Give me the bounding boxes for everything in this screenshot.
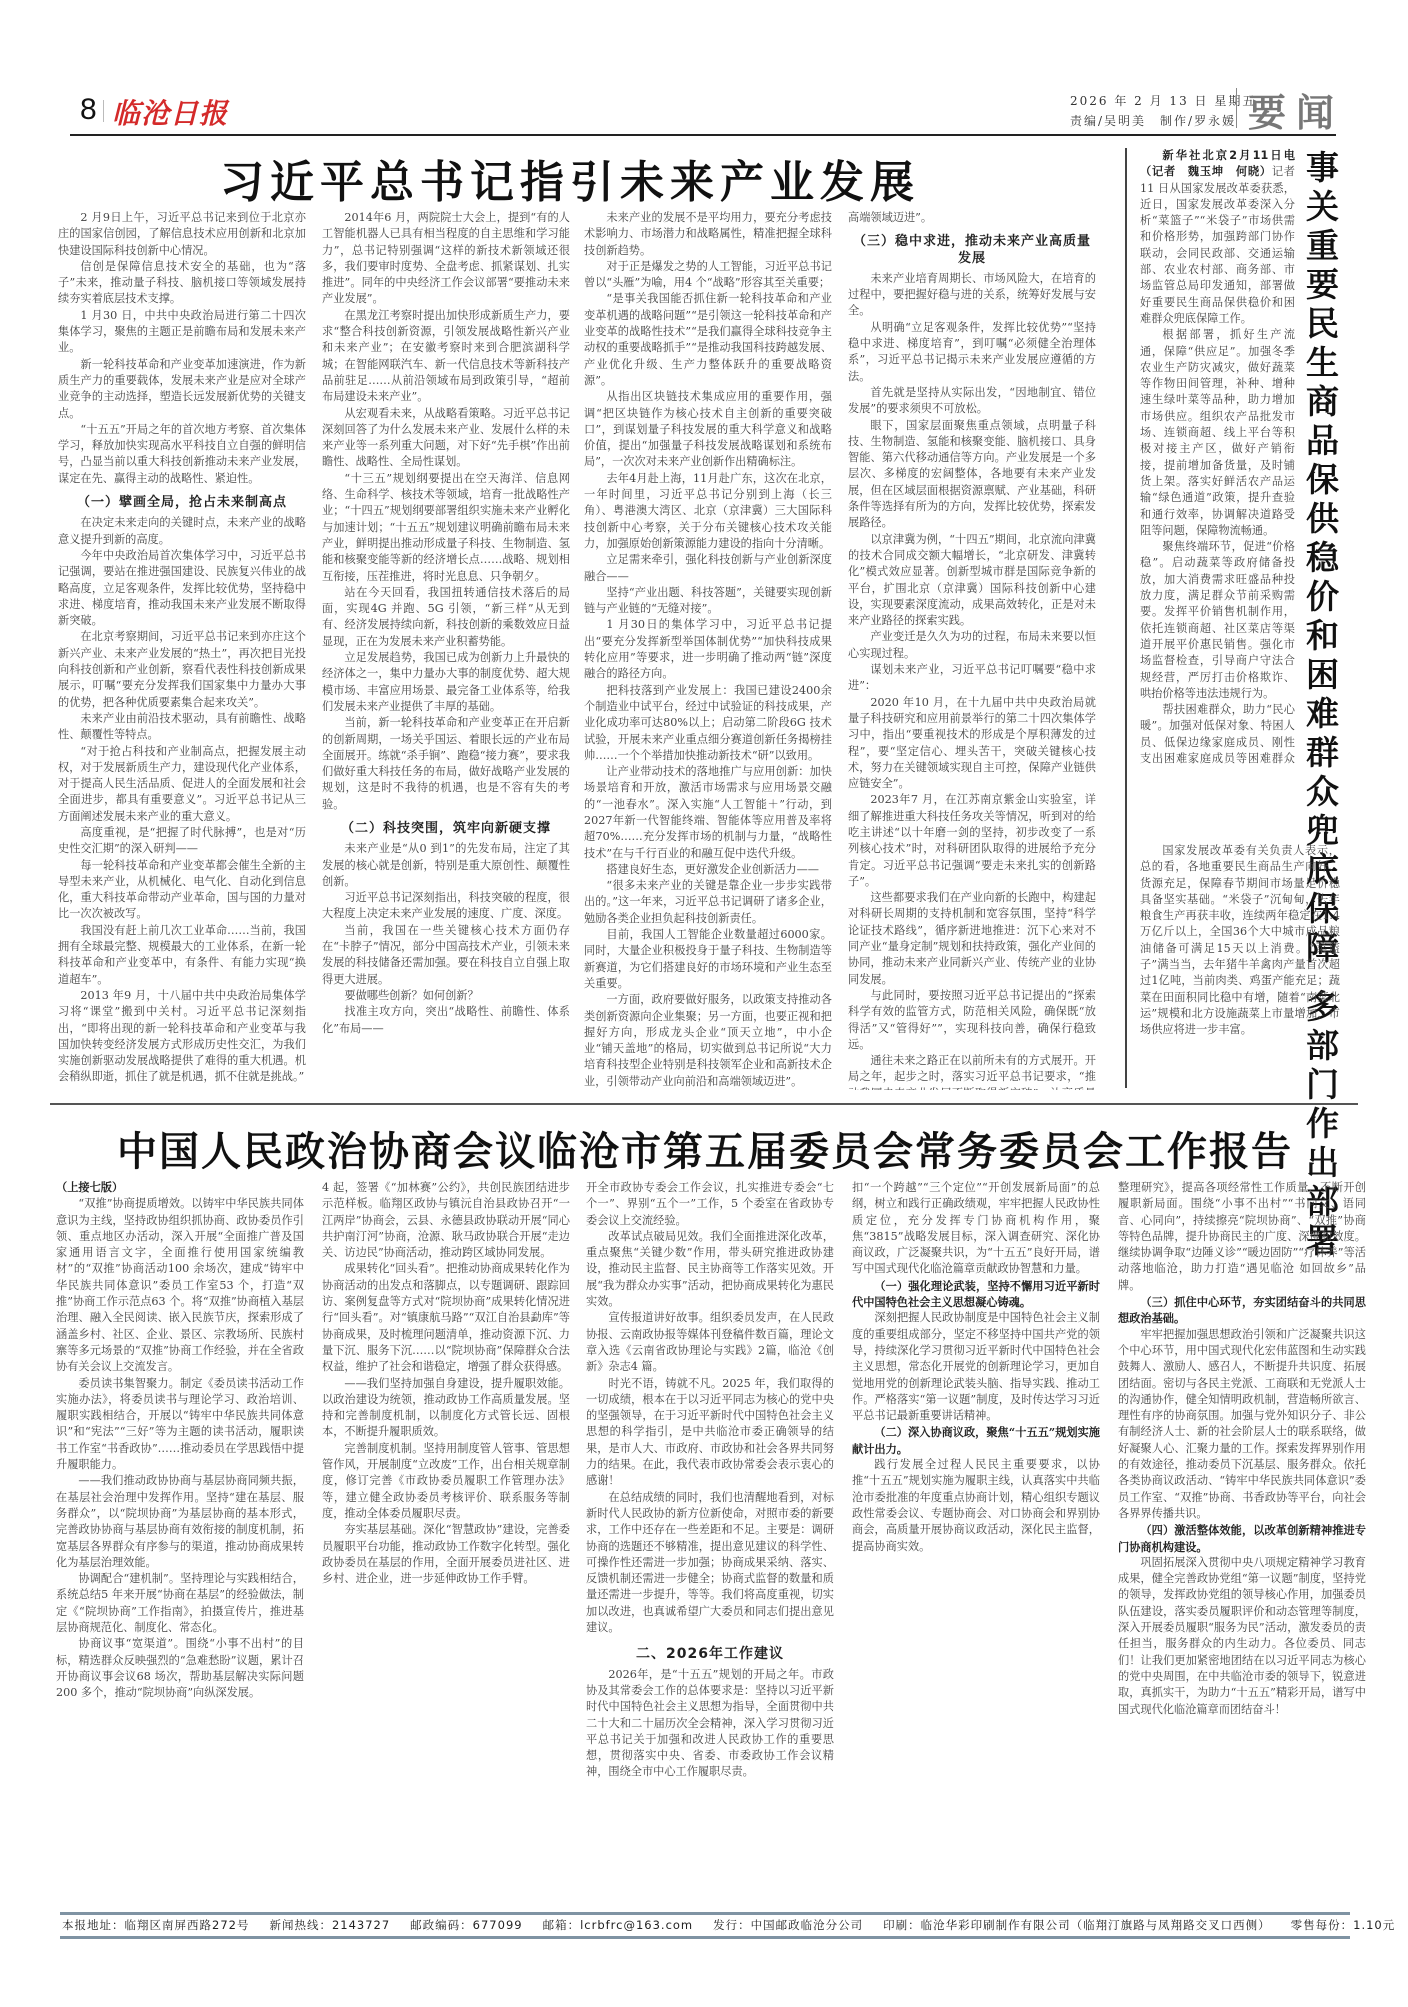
article2-column-3: 开全市政协专委会工作会议，扎实推进专委会“七个一”、界别“五个一”工作，5 个委… xyxy=(586,1180,834,1900)
paragraph: 把科技落到产业发展上：我国已建设2400余个制造业中试平台，经过中试验证的科技成… xyxy=(584,683,832,764)
paragraph: 2023年7 月，在江苏南京紫金山实验室，详细了解推进重大科技任务攻关等情况，听… xyxy=(848,792,1096,890)
paragraph: 一方面，政府要做好服务，以政策支持推动各类创新资源向企业集聚；另一方面，也要正视… xyxy=(584,992,832,1090)
paragraph: 未来产业由前沿技术驱动，具有前瞻性、战略性、颠覆性等特点。 xyxy=(58,711,306,744)
paragraph: 2 月9日上午，习近平总书记来到位于北京亦庄的国家信创园，了解信息技术应用创新和… xyxy=(58,210,306,259)
paragraph: 未来产业是“从0 到1”的先发布局，注定了其发展的核心就是创新，特别是重大原创性… xyxy=(322,841,570,890)
paragraph: 高端领域迈进”。 xyxy=(848,210,1096,226)
headline-char: 众 xyxy=(1300,772,1345,811)
paragraph: 从明确“立足客观条件，发挥比较优势”“坚持稳中求进、梯度培育”，到叮嘱“必须健全… xyxy=(848,320,1096,385)
paragraph: 我国没有赶上前几次工业革命……当前，我国拥有全球最完整、规模最大的工业体系，在新… xyxy=(58,923,306,988)
subheading: （一）擘画全局，抢占未来制高点 xyxy=(58,495,306,511)
paragraph: 在总结成绩的同时，我们也清醒地看到，对标新时代人民政协的新方位新使命，对照市委的… xyxy=(586,1490,834,1637)
paragraph: 从宏观看未来，从战略看策略。习近平总书记深刻回答了为什么发展未来产业、发展什么样… xyxy=(322,406,570,471)
paragraph: 当前，我国在一些关键核心技术方面仍存在“卡脖子”情况，部分中国高技术产业，引领未… xyxy=(322,923,570,988)
article1-headline: 习近平总书记指引未来产业发展 xyxy=(210,146,930,210)
paragraph: 聚焦终端环节，促进“价格稳”。启动蔬菜等政府储备投放，加大消费需求旺盛品种投放力… xyxy=(1140,539,1295,702)
paragraph: 搭建良好生态，更好激发企业创新活力—— xyxy=(584,862,832,878)
paragraph: 深刻把握人民政协制度是中国特色社会主义制度的重要组成部分，坚定不移坚持中国共产党… xyxy=(852,1310,1100,1424)
paragraph: 找准主攻方向，突出“战略性、前瞻性、体系化”布局—— xyxy=(322,1004,570,1037)
paragraph: “双推”协商提质增效。以铸牢中华民族共同体意识为主线，坚持政协组织抓协商、政协委… xyxy=(56,1196,304,1375)
sidebar-vertical-headline: 事关重要民生商品保供稳价和困难群众兜底保障 多部门作出部署 xyxy=(1300,148,1345,1260)
footer-rule-bottom xyxy=(60,1936,1350,1939)
paragraph: 1 月30 日，中共中央政治局进行第二十四次集体学习，聚焦的主题正是前瞻布局和发… xyxy=(58,308,306,357)
masthead-divider xyxy=(103,100,104,122)
headline-char: 稳 xyxy=(1300,538,1345,577)
paragraph: 新华社北京2月11日电（记者 魏玉坤 何晓）记者11 日从国家发展改革委获悉，近… xyxy=(1140,148,1295,327)
paragraph: 今年中央政治局首次集体学习中，习近平总书记强调，要站在推进强国建设、民族复兴伟业… xyxy=(58,548,306,629)
paragraph: 协商议事“宽渠道”。围绕“小事不出村”的目标，精选群众反映强烈的“急难愁盼”议题… xyxy=(56,1636,304,1701)
headline-char: 困 xyxy=(1300,655,1345,694)
headline-char: 重 xyxy=(1300,226,1345,265)
masthead-rule xyxy=(70,134,1336,136)
article1-column-3: 未来产业的发展不是平均用力，要充分考虑技术影响力、市场潜力和战略属性，精准把握全… xyxy=(584,210,832,1090)
paragraph: 谋划未来产业，习近平总书记叮嘱要“稳中求进”： xyxy=(848,662,1096,695)
paragraph: 开全市政协专委会工作会议，扎实推进专委会“七个一”、界别“五个一”工作，5 个委… xyxy=(586,1180,834,1229)
headline-char: 民 xyxy=(1300,304,1345,343)
paragraph: 要做哪些创新？如何创新？ xyxy=(322,988,570,1004)
headline-char: 门 xyxy=(1300,1065,1345,1104)
headline-char: 商 xyxy=(1300,382,1345,421)
paragraph: “十三五”规划纲要提出在空天海洋、信息网络、生命科学、核技术等领域，培育一批战略… xyxy=(322,471,570,585)
subheading: （二）深入协商议政，聚焦“十五五”规划实施献计出力。 xyxy=(852,1424,1100,1457)
article2-headline: 中国人民政治协商会议临沧市第五届委员会常务委员会工作报告 xyxy=(50,1120,1360,1177)
headline-char: 和 xyxy=(1300,616,1345,655)
headline-char: 难 xyxy=(1300,694,1345,733)
newspaper-page: 8 临沧日报 2026 年 2 月 13 日 星期五 责编/吴明美 制作/罗永媛… xyxy=(0,0,1408,2007)
paragraph: 每一轮科技革命和产业变革都会催生全新的主导型未来产业，从机械化、电气化、自动化到… xyxy=(58,858,306,923)
footer-printer: 印刷：临沧华彩印刷制作有限公司（临翔汀旗路与凤翔路交叉口西侧） xyxy=(883,1917,1271,1935)
paragraph: 4 起，签署《“加林赛”公约》，共创民族团结进步示范样板。临翔区政协与镇沅自治县… xyxy=(322,1180,570,1261)
column-divider xyxy=(1125,148,1127,1088)
footer-email: 邮箱：lcrbfrc@163.com xyxy=(543,1917,694,1935)
headline-char: 价 xyxy=(1300,577,1345,616)
editor-credit: 责编/吴明美 制作/罗永媛 xyxy=(1070,112,1236,129)
subheading: （三）抓住中心环节，夯实团结奋斗的共同思想政治基础。 xyxy=(1118,1294,1366,1327)
headline-char: 关 xyxy=(1300,187,1345,226)
headline-char: 群 xyxy=(1300,733,1345,772)
paragraph: 整理研究》，提高各项经常性工作质量，不断开创履职新局面。围绕“小事不出村”“书同… xyxy=(1118,1180,1366,1294)
paragraph: 时光不语，铸就不凡。2025 年，我们取得的一切成绩，根本在于以习近平同志为核心… xyxy=(586,1376,834,1490)
paragraph: 2020 年10 月，在十九届中共中央政治局就量子科技研究和应用前景举行的第二十… xyxy=(848,695,1096,793)
paragraph: 2026年，是“十五五”规划的开局之年。市政协及其常委会工作的总体要求是：坚持以… xyxy=(586,1667,834,1781)
paragraph: “是事关我国能否抓住新一轮科技革命和产业变革机遇的战略问题”“是引领这一轮科技革… xyxy=(584,291,832,389)
headline-char: 要 xyxy=(1300,265,1345,304)
paragraph: 在黑龙江考察时提出加快形成新质生产力，要求“整合科技创新资源，引领发展战略性新兴… xyxy=(322,308,570,406)
subheading: （三）稳中求进，推动未来产业高质量发展 xyxy=(848,234,1096,267)
sidebar-article-continued: 国家发展改革委有关负责人表示，总的看，各地重要民生商品生产向好、货源充足，保障春… xyxy=(1140,843,1340,1039)
article1-column-2: 2014年6 月，两院院士大会上，提到“有的人工智能机器人已具有相当程度的自主思… xyxy=(322,210,570,1090)
article1-column-1: 2 月9日上午，习近平总书记来到位于北京亦庄的国家信创园，了解信息技术应用创新和… xyxy=(58,210,306,1090)
paragraph: 改革试点破局见效。我们全面推进深化改革，重点聚焦“关键少数”作用，带头研究推进政… xyxy=(586,1229,834,1310)
paragraph: 信创是保障信息技术安全的基础，也为“落子”未来，推动量子科技、脑机接口等领域发展… xyxy=(58,259,306,308)
paragraph: 帮扶困难群众，助力“民心暖”。加强对低保对象、特困人员、低保边缘家庭成员、刚性支… xyxy=(1140,702,1295,767)
footer-rule-top xyxy=(60,1912,1350,1915)
subheading: 二、2026年工作建议 xyxy=(586,1646,834,1662)
masthead-vertical-divider xyxy=(1236,88,1237,128)
footer-address: 本报地址：临翔区南屏西路272号 xyxy=(62,1917,249,1935)
paragraph: 从指出区块链技术集成应用的重要作用，强调“把区块链作为核心技术自主创新的重要突破… xyxy=(584,389,832,470)
footer-info: 本报地址：临翔区南屏西路272号 新闻热线：2143727 邮政编码：67709… xyxy=(62,1917,1352,1935)
paragraph: 习近平总书记深刻指出，科技突破的程度，很大程度上决定未来产业发展的速度、广度、深… xyxy=(322,890,570,923)
headline-char: 供 xyxy=(1300,499,1345,538)
paragraph: 牢牢把握加强思想政治引领和广泛凝聚共识这个中心环节，用中国式现代化宏伟蓝图和生动… xyxy=(1118,1327,1366,1523)
paragraph: 站在今天回看，我国扭转通信技术落后的局面，实现4G 并跑、5G 引领，“新三样”… xyxy=(322,585,570,650)
footer-price: 零售每份：1.10元 xyxy=(1291,1917,1396,1935)
paragraph: 1 月30日的集体学习中，习近平总书记提出“要充分发挥新型举国体制优势”“加快科… xyxy=(584,617,832,682)
paragraph: 让产业带动技术的落地推广与应用创新：加快场景培育和开放，激活市场需求与应用场景交… xyxy=(584,764,832,862)
sidebar-article-body: 新华社北京2月11日电（记者 魏玉坤 何晓）记者11 日从国家发展改革委获悉，近… xyxy=(1140,148,1295,767)
paragraph: 这些都要求我们在产业向新的长跑中，构建起对科研长周期的支持机制和宽容氛围，坚持“… xyxy=(848,890,1096,988)
paragraph: 立足需来牵引，强化科技创新与产业创新深度融合—— xyxy=(584,552,832,585)
paragraph: 未来产业培育周期长、市场风险大，在培育的过程中，要把握好稳与进的关系，统筹好发展… xyxy=(848,271,1096,320)
paragraph: ——我们坚持加强自身建设，提升履职效能。以政治建设为统领，推动政协工作高质量发展… xyxy=(322,1376,570,1441)
paragraph: 2014年6 月，两院院士大会上，提到“有的人工智能机器人已具有相当程度的自主思… xyxy=(322,210,570,308)
paragraph: 完善制度机制。坚持用制度管人管事、管思想管作风，开展制度“立改废”工作，出台相关… xyxy=(322,1441,570,1522)
article2-column-1: （上接七版） “双推”协商提质增效。以铸牢中华民族共同体意识为主线，坚持政协组织… xyxy=(56,1180,304,1900)
article2-column-5: 整理研究》，提高各项经常性工作质量，不断开创履职新局面。围绕“小事不出村”“书同… xyxy=(1118,1180,1366,1900)
paragraph: 协调配合“建机制”。坚持理论与实践相结合，系统总结5 年来开展“协商在基层”的经… xyxy=(56,1571,304,1636)
paragraph: 未来产业的发展不是平均用力，要充分考虑技术影响力、市场潜力和战略属性，精准把握全… xyxy=(584,210,832,259)
paragraph: 在北京考察期间，习近平总书记来到亦庄这个新兴产业、未来产业发展的“热土”，再次把… xyxy=(58,629,306,710)
paragraph: 以京津冀为例，“十四五”期间，北京流向津冀的技术合同成交额大幅增长，“北京研发、… xyxy=(848,532,1096,630)
paragraph: 高度重视，是“把握了时代脉搏”，也是对“历史性交汇期”的深入研判—— xyxy=(58,825,306,858)
paragraph: “很多未来产业的关键是靠企业一步步实践带出的。”这一年来，习近平总书记调研了诸多… xyxy=(584,878,832,927)
issue-date: 2026 年 2 月 13 日 星期五 xyxy=(1070,92,1256,109)
paragraph: 立足发展趋势，我国已成为创新力上升最快的经济体之一，集中力量办大事的制度优势、超… xyxy=(322,650,570,715)
paragraph: 首先就是坚持从实际出发，“因地制宜、错位发展”的要求须臾不可放松。 xyxy=(848,385,1096,418)
paragraph: “十五五”开局之年的首次地方考察、首次集体学习，释放加快实现高水平科技自立自强的… xyxy=(58,422,306,487)
paragraph: 当前，新一轮科技革命和产业变革正在开启新的创新周期，一场关乎国运、着眼长远的产业… xyxy=(322,715,570,813)
paragraph: 去年4月赴上海，11月赴广东，这次在北京，一年时间里，习近平总书记分别到上海（长… xyxy=(584,471,832,552)
paragraph: 巩固拓展深入贯彻中央八项规定精神学习教育成果，健全完善政协党组“第一议题”制度，… xyxy=(1118,1555,1366,1718)
paragraph: “对于抢占科技和产业制高点，把握发展主动权，对于发展新质生产力，建设现代化产业体… xyxy=(58,744,306,825)
continued-note: （上接七版） xyxy=(56,1180,304,1196)
paragraph: 新一轮科技革命和产业变革加速演进，作为新质生产力的重要载体，发展未来产业是应对全… xyxy=(58,357,306,422)
paragraph: ——我们推动政协协商与基层协商同频共振，在基层社会治理中发挥作用。坚持“建在基层… xyxy=(56,1473,304,1571)
section-rule xyxy=(50,1103,1358,1105)
subheading: （四）激活整体效能，以改革创新精神推进专门协商机构建设。 xyxy=(1118,1522,1366,1555)
paragraph: 与此同时，要按照习近平总书记提出的“探索科学有效的监管方式，防范相关风险，确保既… xyxy=(848,988,1096,1053)
page-number: 8 xyxy=(80,93,97,127)
headline-char: 生 xyxy=(1300,343,1345,382)
headline-char: 事 xyxy=(1300,148,1345,187)
masthead: 8 临沧日报 2026 年 2 月 13 日 星期五 责编/吴明美 制作/罗永媛… xyxy=(70,88,1360,134)
article2-column-4: 扣“一个跨越”“三个定位”“开创发展新局面”的总纲，树立和践行正确政绩观，牢牢把… xyxy=(852,1180,1100,1900)
paragraph: 眼下，国家层面聚焦重点领域，点明量子科技、生物制造、氢能和核聚变能、脑机接口、具… xyxy=(848,418,1096,532)
headline-char: 保 xyxy=(1300,460,1345,499)
article1-column-4: 高端领域迈进”。 （三）稳中求进，推动未来产业高质量发展 未来产业培育周期长、市… xyxy=(848,210,1096,1090)
paragraph: 对于正是爆发之势的人工智能，习近平总书记曾以“头雁”为喻，用4 个“战略”形容其… xyxy=(584,259,832,292)
paragraph: 产业变迁是久久为功的过程，布局未来要以恒心实现过程。 xyxy=(848,629,1096,662)
paragraph: 目前，我国人工智能企业数量超过6000家。同时，大量企业积极投身于量子科技、生物… xyxy=(584,927,832,992)
paragraph: 成果转化“回头看”。把推动协商成果转化作为协商活动的出发点和落脚点，以专题调研、… xyxy=(322,1261,570,1375)
paragraph: 委员读书集智聚力。制定《委员读书活动工作实施办法》，将委员读书与理论学习、政治培… xyxy=(56,1376,304,1474)
subheading: （二）科技突围，筑牢向新硬支撑 xyxy=(322,821,570,837)
paragraph: 通往未来之路正在以前所未有的方式展开。开局之年，起步之时，落实习近平总书记要求，… xyxy=(848,1053,1096,1090)
paper-name-logo: 临沧日报 xyxy=(112,92,228,132)
paragraph: 扣“一个跨越”“三个定位”“开创发展新局面”的总纲，树立和践行正确政绩观，牢牢把… xyxy=(852,1180,1100,1278)
paragraph: 2013 年9 月，十八届中共中央政治局集体学习将“课堂”搬到中关村。习近平总书… xyxy=(58,988,306,1086)
paragraph: 践行发展全过程人民民主重要要求，以协推“十五五”规划实施为履职主线，认真落实中共… xyxy=(852,1457,1100,1555)
footer-postcode: 邮政编码：677099 xyxy=(410,1917,522,1935)
footer-hotline: 新闻热线：2143727 xyxy=(269,1917,390,1935)
paragraph: 在决定未来走向的关键时点，未来产业的战略意义提升到新的高度。 xyxy=(58,515,306,548)
paragraph: 国家发展改革委有关负责人表示，总的看，各地重要民生商品生产向好、货源充足，保障春… xyxy=(1140,843,1340,1039)
headline-char: 品 xyxy=(1300,421,1345,460)
paragraph: 坚持“产业出题、科技答题”，关键要实现创新链与产业链的“无缝对接”。 xyxy=(584,585,832,618)
section-name: 要闻 xyxy=(1248,82,1344,137)
article2-column-2: 4 起，签署《“加林赛”公约》，共创民族团结进步示范样板。临翔区政协与镇沅自治县… xyxy=(322,1180,570,1900)
paragraph: 宣传报道讲好故事。组织委员发声，在人民政协报、云南政协报等媒体刊登稿件数百篇，理… xyxy=(586,1310,834,1375)
footer-distribution: 发行：中国邮政临沧分公司 xyxy=(713,1917,863,1935)
paragraph: 根据部署，抓好生产流通，保障“供应足”。加强冬季农业生产防灾减灾，做好蔬菜等作物… xyxy=(1140,327,1295,539)
subheading: （一）强化理论武装，坚持不懈用习近平新时代中国特色社会主义思想凝心铸魂。 xyxy=(852,1278,1100,1311)
paragraph: 夯实基层基础。深化“智慧政协”建设，完善委员履职平台功能，推动政协工作数字化转型… xyxy=(322,1522,570,1587)
